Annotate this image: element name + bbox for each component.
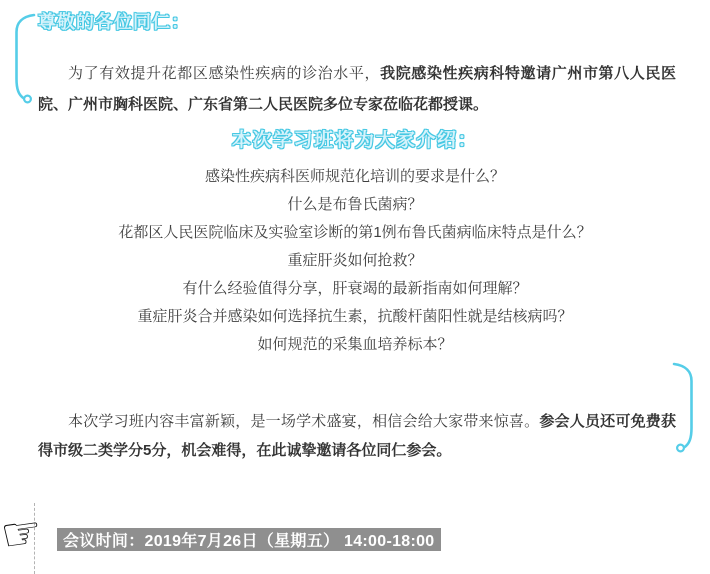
topic-item: 感染性疾病科医师规范化培训的要求是什么？ [0, 163, 710, 191]
greeting-heading: 尊敬的各位同仁： [38, 8, 190, 34]
intro-regular-text: 为了有效提升花都区感染性疾病的诊治水平， [68, 65, 380, 82]
pointing-hand-icon: ☞ [0, 505, 46, 560]
intro-paragraph: 为了有效提升花都区感染性疾病的诊治水平，我院感染性疾病科特邀请广州市第八人民医院… [38, 58, 676, 120]
topic-item: 如何规范的采集血培养标本？ [0, 331, 710, 359]
decorative-bracket-left-icon [12, 13, 40, 105]
closing-paragraph: 本次学习班内容丰富新颖，是一场学术盛宴，相信会给大家带来惊喜。参会人员还可免费获… [38, 407, 676, 465]
announcement-page: 尊敬的各位同仁： 为了有效提升花都区感染性疾病的诊治水平，我院感染性疾病科特邀请… [0, 0, 710, 574]
topic-item: 有什么经验值得分享，肝衰竭的最新指南如何理解？ [0, 275, 710, 303]
meeting-time-banner: 会议时间：2019年7月26日（星期五） 14:00-18:00 [57, 528, 441, 551]
topic-item: 什么是布鲁氏菌病？ [0, 191, 710, 219]
topics-list: 感染性疾病科医师规范化培训的要求是什么？ 什么是布鲁氏菌病？ 花都区人民医院临床… [0, 163, 710, 359]
topic-item: 重症肝炎合并感染如何选择抗生素，抗酸杆菌阳性就是结核病吗？ [0, 303, 710, 331]
topic-item: 重症肝炎如何抢救？ [0, 247, 710, 275]
decorative-bracket-right-icon [668, 362, 696, 454]
section-heading: 本次学习班将为大家介绍： [0, 125, 710, 152]
closing-regular-text: 本次学习班内容丰富新颖，是一场学术盛宴，相信会给大家带来惊喜。 [68, 413, 539, 430]
topic-item: 花都区人民医院临床及实验室诊断的第1例布鲁氏菌病临床特点是什么？ [0, 219, 710, 247]
